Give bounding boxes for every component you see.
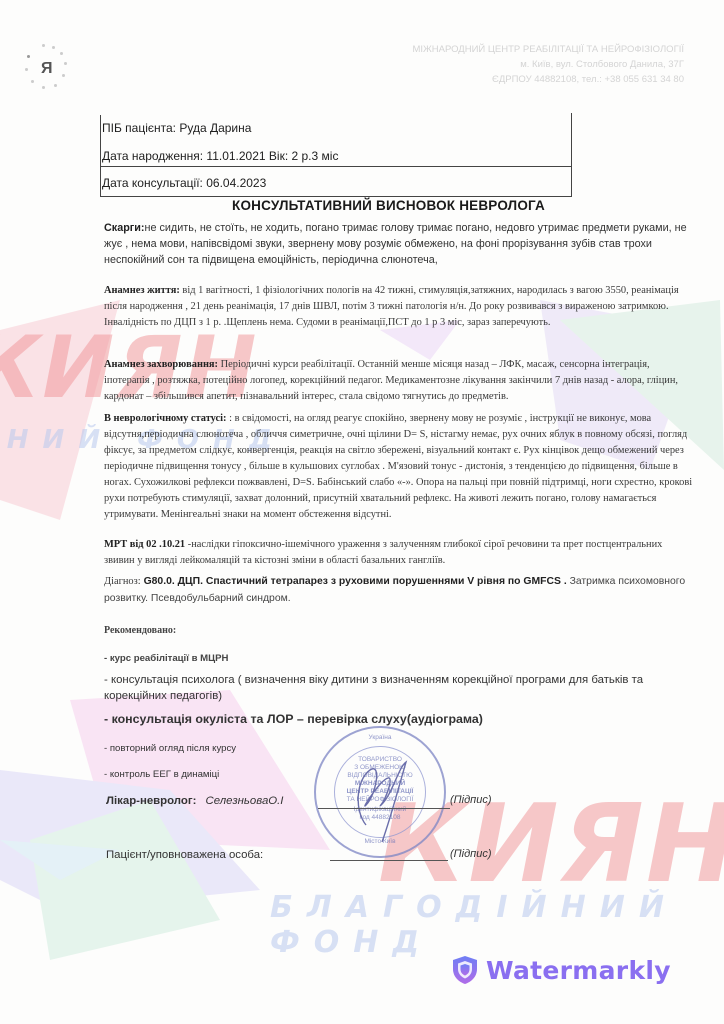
mri-label: МРТ від 02 .10.21: [104, 539, 185, 550]
disease-history-label: Анамнез захворювання:: [104, 359, 218, 370]
complaints-label: Скарги:: [104, 222, 145, 234]
complaints-section: Скарги:не сидить, не стоїть, не ходить, …: [104, 220, 694, 268]
doctor-signature-line: [318, 808, 450, 809]
patient-birth-date: Дата народження: 11.01.2021 Вік: 2 р.3 м…: [102, 149, 338, 163]
life-history-text: від 1 вагітності, 1 фізіологічних пологі…: [104, 285, 679, 328]
recommendations-label: Рекомендовано:: [104, 625, 176, 636]
recommendation-item: - повторний огляд після курсу: [104, 743, 236, 754]
watermarkly-badge: Watermarkly: [452, 955, 671, 985]
doctor-signature-row: Лікар-невролог: СелезньоваО.І: [106, 795, 283, 807]
life-history-section: Анамнез життя: від 1 вагітності, 1 фізіо…: [104, 283, 694, 331]
patient-signature-caption: (Підпис): [450, 848, 492, 860]
recommendation-item: - курс реабілітації в МЦРН: [104, 653, 228, 664]
disease-history-section: Анамнез захворювання: Періодичні курси р…: [104, 357, 694, 405]
org-address: м. Київ, вул. Столбового Данила, 37Г: [412, 57, 684, 72]
org-contacts: ЄДРПОУ 44882108, тел.: +38 055 631 34 80: [412, 72, 684, 87]
recommendation-item: - консультація психолога ( визначення ві…: [104, 672, 694, 704]
org-name: МІЖНАРОДНИЙ ЦЕНТР РЕАБІЛІТАЦІЇ ТА НЕЙРОФ…: [412, 42, 684, 57]
fund-subtitle-right: БЛАГОДІЙНИЙ ФОНД: [270, 890, 724, 960]
complaints-text: не сидить, не стоїть, не ходить, погано …: [104, 222, 687, 266]
diagnosis-section: Діагноз: G80.0. ДЦП. Спастичний тетрапар…: [104, 573, 694, 607]
mri-text: -наслідки гіпоксично-ішемічного ураження…: [104, 539, 662, 566]
clinic-logo: Я: [22, 42, 72, 92]
consultation-date: Дата консультації: 06.04.2023: [102, 176, 266, 190]
organization-header: МІЖНАРОДНИЙ ЦЕНТР РЕАБІЛІТАЦІЇ ТА НЕЙРОФ…: [412, 42, 684, 87]
watermarkly-text: Watermarkly: [486, 956, 671, 985]
life-history-label: Анамнез життя:: [104, 285, 180, 296]
document-title: КОНСУЛЬТАТИВНИЙ ВИСНОВОК НЕВРОЛОГА: [232, 198, 545, 213]
handwritten-signature: [336, 750, 416, 850]
patient-signature-line: [330, 860, 448, 861]
recommendation-item: - контроль ЕЕГ в динаміці: [104, 769, 219, 780]
diagnosis-main: G80.0. ДЦП. Спастичний тетрапарез з рухо…: [144, 576, 567, 587]
official-stamp: Україна ТОВАРИСТВО З ОБМЕЖЕНОЮ ВІДПОВІДА…: [314, 726, 446, 858]
doctor-label: Лікар-невролог:: [106, 795, 196, 807]
diagnosis-label: Діагноз:: [104, 576, 141, 587]
neuro-status-label: В неврологічному статусі:: [104, 413, 227, 424]
shield-icon: [452, 955, 478, 985]
doctor-signature-caption: (Підпис): [450, 794, 492, 806]
mri-section: МРТ від 02 .10.21 -наслідки гіпоксично-і…: [104, 537, 694, 569]
patient-name: ПІБ пацієнта: Руда Дарина: [102, 121, 251, 135]
recommendation-item: - консультація окуліста та ЛОР – перевір…: [104, 712, 483, 726]
patient-info-box: ПІБ пацієнта: Руда Дарина Дата народженн…: [100, 113, 572, 197]
patient-signature-label: Пацієнт/уповноважена особа:: [106, 849, 263, 861]
neuro-status-text: : в свідомості, на огляд реагує спокійно…: [104, 413, 692, 520]
logo-letter: Я: [41, 60, 53, 78]
doctor-name: СелезньоваО.І: [206, 795, 284, 807]
neuro-status-section: В неврологічному статусі: : в свідомості…: [104, 411, 694, 523]
